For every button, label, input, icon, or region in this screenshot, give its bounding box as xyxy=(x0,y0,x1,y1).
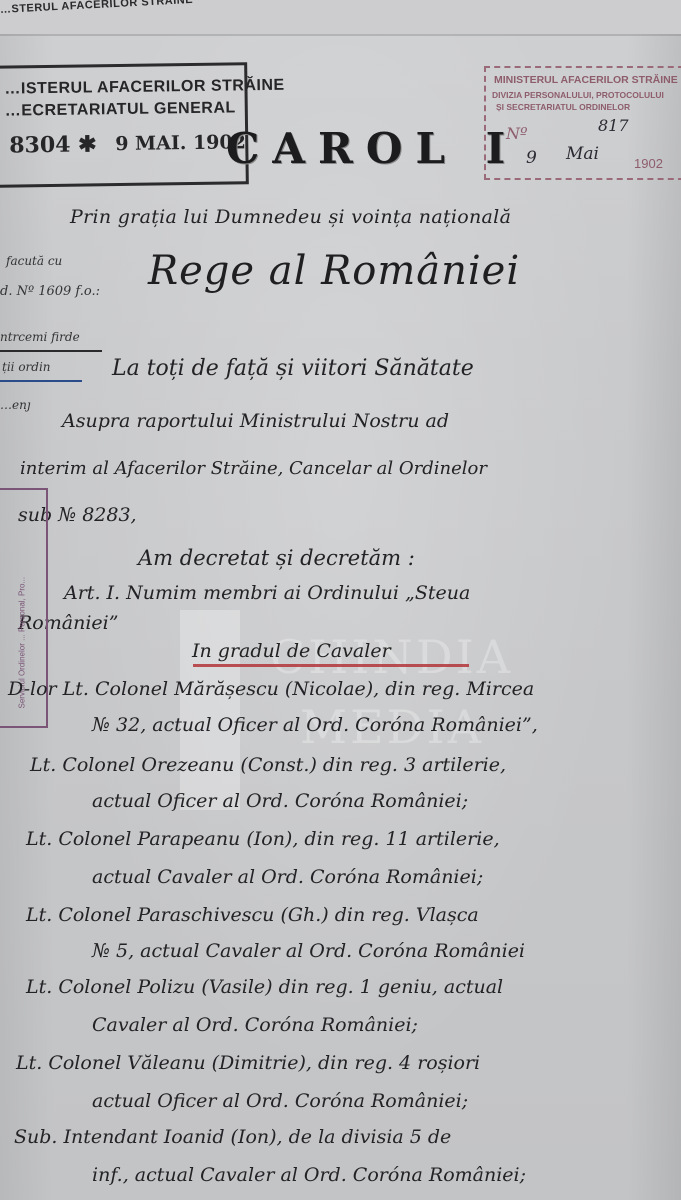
document-title: CAROL I xyxy=(226,124,518,173)
entry-4-line-1: Lt. Colonel Paraschivescu (Gh.) din reg.… xyxy=(26,904,479,926)
red-stamp-line1: MINISTERUL AFACERILOR STRĂINE xyxy=(494,74,678,86)
entry-5-line-2: Cavaler al Ord. Coróna României; xyxy=(92,1014,418,1036)
margin-note-4: ții ordin xyxy=(2,360,51,374)
orders-division-stamp: MINISTERUL AFACERILOR STRĂINE DIVIZIA PE… xyxy=(484,66,681,180)
preamble-line-1: Asupra raportului Ministrului Nostru ad xyxy=(62,410,449,432)
royal-title: Rege al României xyxy=(148,248,520,294)
entry-4-line-2: № 5, actual Cavaler al Ord. Coróna Român… xyxy=(92,940,525,962)
entry-3-line-1: Lt. Colonel Parapeanu (Ion), din reg. 11… xyxy=(26,828,500,850)
preamble-line-2: interim al Afacerilor Străine, Cancelar … xyxy=(20,458,487,479)
red-stamp-line3: ȘI SECRETARIATUL ORDINELOR xyxy=(496,102,630,112)
secretariat-stamp: …ISTERUL AFACERILOR STRĂINE …ECRETARIATU… xyxy=(0,62,249,188)
page-fold-line xyxy=(0,34,681,36)
margin-note-1: facută cu xyxy=(6,254,62,268)
article-line-1: Art. I. Numim membri ai Ordinului „Steua xyxy=(64,582,470,604)
red-stamp-number: 817 xyxy=(598,116,629,135)
entry-6-line-2: actual Oficer al Ord. Coróna României; xyxy=(92,1090,468,1112)
entry-3-line-2: actual Cavaler al Ord. Coróna României; xyxy=(92,866,483,888)
margin-note-5: …enȷ xyxy=(0,398,31,412)
entry-2-line-2: actual Oficer al Ord. Coróna României; xyxy=(92,790,468,812)
decree-line: Am decretat și decretăm : xyxy=(138,546,415,570)
stamp-line-ministry: …ISTERUL AFACERILOR STRĂINE xyxy=(4,77,284,99)
royal-subtitle: Prin grația lui Dumnedeu și voința națio… xyxy=(70,206,511,228)
red-stamp-line2: DIVIZIA PERSONALULUI, PROTOCOLULUI xyxy=(492,90,664,100)
stamp-line-secretariat: …ECRETARIATUL GENERAL xyxy=(5,99,236,120)
red-stamp-no-label: Nº xyxy=(506,124,528,143)
red-stamp-year: 1902 xyxy=(634,156,663,171)
stamp-registration-number: 8304 ✱ xyxy=(9,131,97,158)
margin-note-3: ntrcemi firde xyxy=(0,330,80,344)
entry-1-line-1: D-lor Lt. Colonel Mărășescu (Nicolae), d… xyxy=(8,678,534,700)
margin-blue-underline xyxy=(0,380,82,382)
watermark: CHINDIA MEDIA xyxy=(180,600,510,820)
greeting-line: La toți de față și viitori Sănătate xyxy=(112,356,474,381)
entry-6-line-1: Lt. Colonel Văleanu (Dimitrie), din reg.… xyxy=(16,1052,480,1074)
entry-7-line-1: Sub. Intendant Ioanid (Ion), de la divis… xyxy=(14,1126,451,1148)
entry-1-line-2: № 32, actual Oficer al Ord. Coróna Român… xyxy=(92,714,538,736)
section-heading: In gradul de Cavaler xyxy=(192,640,391,662)
entry-7-line-2: inf., actual Cavaler al Ord. Coróna Româ… xyxy=(92,1164,526,1186)
margin-note-2: d. Nº 1609 f.o.: xyxy=(0,284,100,299)
red-stamp-day: 9 xyxy=(526,148,537,168)
entry-5-line-1: Lt. Colonel Polizu (Vasile) din reg. 1 g… xyxy=(26,976,503,998)
entry-2-line-1: Lt. Colonel Orezeanu (Const.) din reg. 3… xyxy=(30,754,506,776)
red-stamp-month: Mai xyxy=(566,144,599,164)
margin-black-underline xyxy=(0,350,102,352)
section-red-underline xyxy=(193,664,469,667)
violet-stamp-text: Serviciul Ordinelor ... Personal, Pro... xyxy=(18,489,27,709)
